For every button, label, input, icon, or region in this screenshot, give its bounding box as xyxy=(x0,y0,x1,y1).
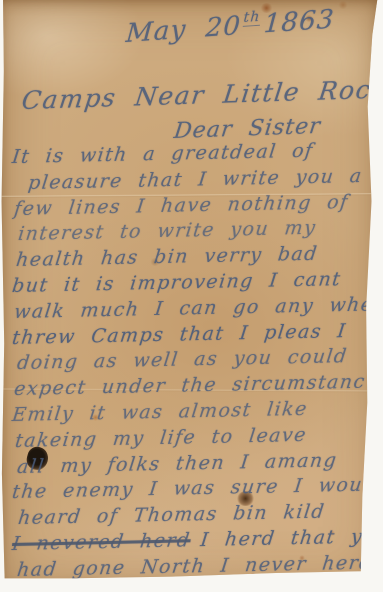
date-line: May 20th1863 xyxy=(125,4,336,49)
date-year: 1863 xyxy=(263,5,336,40)
letter-photograph: May 20th1863 Camps Near Little Rock Dear… xyxy=(0,0,383,592)
heading-line: Camps Near Little Rock xyxy=(20,75,383,115)
stain xyxy=(338,1,348,9)
letter-paper: May 20th1863 Camps Near Little Rock Dear… xyxy=(0,0,383,592)
date-month-day: May 20 xyxy=(125,11,242,49)
strikethrough-text: I nevered herd xyxy=(11,529,192,555)
after-strikethrough-text: I herd that you xyxy=(199,525,383,551)
letter-body: It is with a greatdeal of pleasure that … xyxy=(12,146,375,592)
date-ordinal: th xyxy=(243,9,261,27)
